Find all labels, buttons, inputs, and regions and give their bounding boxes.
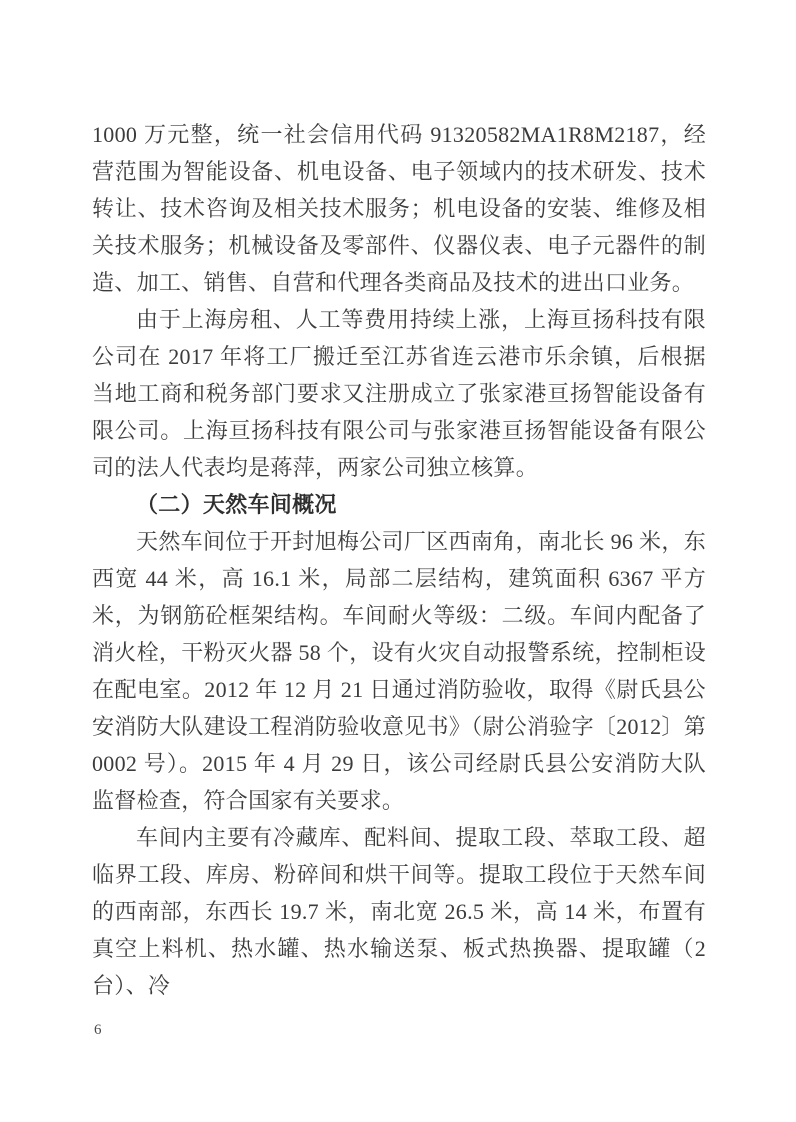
paragraph-company-relocation: 由于上海房租、人工等费用持续上涨，上海亘扬科技有限公司在 2017 年将工厂搬迁… [92,301,706,486]
page-number: 6 [94,1020,102,1040]
section-heading-workshop-overview: （二）天然车间概况 [92,486,706,523]
paragraph-workshop-sections: 车间内主要有冷藏库、配料间、提取工段、萃取工段、超临界工段、库房、粉碎间和烘干间… [92,819,706,1004]
document-page: 1000 万元整，统一社会信用代码 91320582MA1R8M2187，经营范… [0,0,796,1122]
paragraph-business-scope: 1000 万元整，统一社会信用代码 91320582MA1R8M2187，经营范… [92,116,706,301]
paragraph-workshop-description: 天然车间位于开封旭梅公司厂区西南角，南北长 96 米，东西宽 44 米，高 16… [92,523,706,819]
page-content: 1000 万元整，统一社会信用代码 91320582MA1R8M2187，经营范… [92,116,706,1004]
